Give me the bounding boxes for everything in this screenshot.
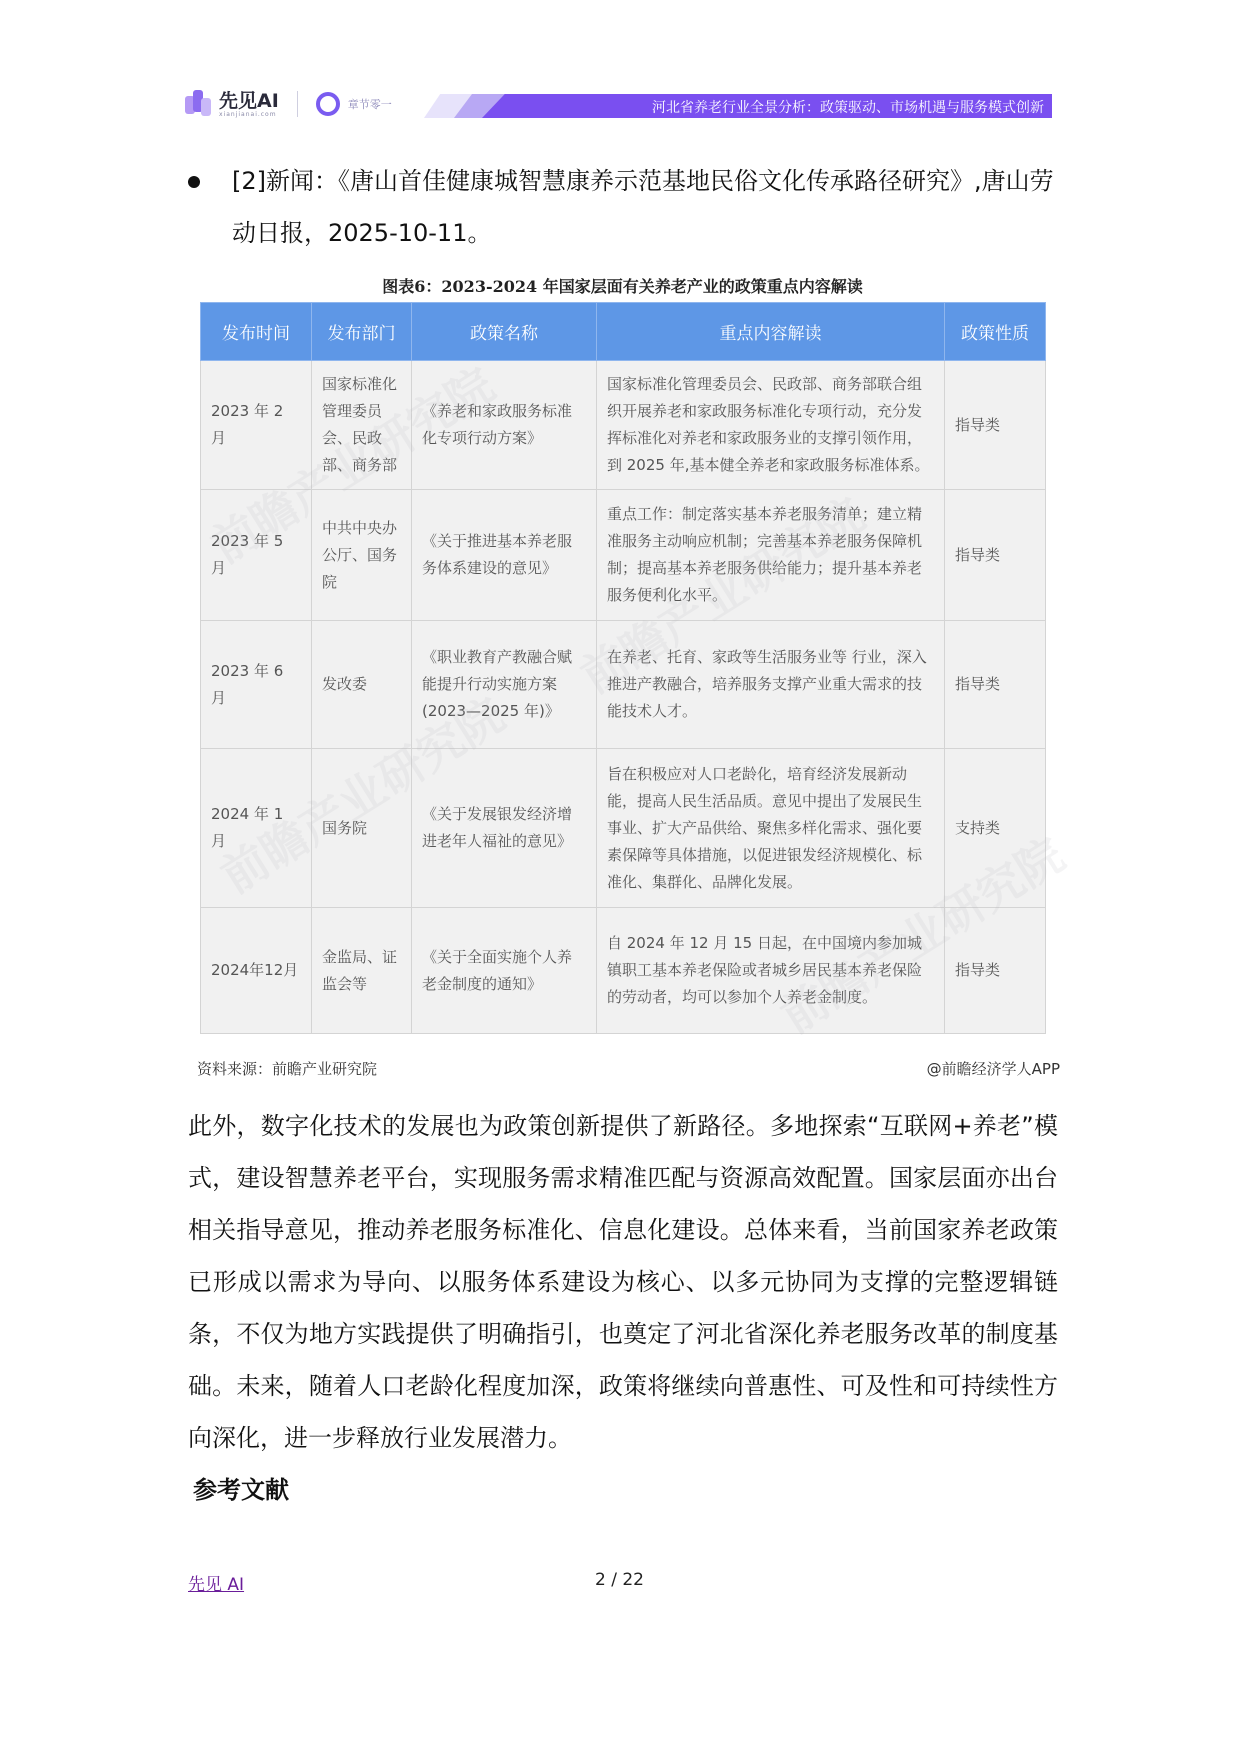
- figure-credit: @前瞻经济学人APP: [927, 1058, 1060, 1079]
- table-header-row: 发布时间 发布部门 政策名称 重点内容解读 政策性质: [201, 303, 1046, 361]
- cell-department: 发改委: [312, 621, 412, 749]
- cell-date: 2023 年 5 月: [201, 490, 312, 621]
- table-row: 2023 年 2 月 国家标准化管理委员会、民政部、商务部 《养老和家政服务标准…: [201, 361, 1046, 490]
- logo-text: 先见AI: [219, 90, 279, 112]
- xianjian-logo-icon: [185, 90, 211, 118]
- cell-policy: 《养老和家政服务标准化专项行动方案》: [412, 361, 597, 490]
- footer-brand-link[interactable]: 先见 AI: [188, 1570, 244, 1595]
- cell-type: 指导类: [945, 621, 1046, 749]
- cell-type: 支持类: [945, 749, 1046, 908]
- table-row: 2024 年 1 月 国务院 《关于发展银发经济增进老年人福祉的意见》 旨在积极…: [201, 749, 1046, 908]
- column-header: 政策名称: [412, 303, 597, 361]
- cell-policy: 《关于推进基本养老服务体系建设的意见》: [412, 490, 597, 621]
- report-title: 河北省养老行业全景分析：政策驱动、市场机遇与服务模式创新: [652, 97, 1044, 117]
- figure-title: 图表6：2023-2024 年国家层面有关养老产业的政策重点内容解读: [200, 274, 1045, 297]
- page-number: 2 / 22: [595, 1570, 644, 1590]
- cell-content: 在养老、托育、家政等生活服务业等 行业，深入推进产教融合，培养服务支撑产业重大需…: [597, 621, 945, 749]
- cell-department: 中共中央办公厅、国务院: [312, 490, 412, 621]
- cell-content: 国家标准化管理委员会、民政部、商务部联合组织开展养老和家政服务标准化专项行动，充…: [597, 361, 945, 490]
- policy-table: 发布时间 发布部门 政策名称 重点内容解读 政策性质 2023 年 2 月 国家…: [200, 302, 1046, 1034]
- cell-type: 指导类: [945, 361, 1046, 490]
- page-header: 先见AI xianjianai.com 章节零一 河北省养老行业全景分析：政策驱…: [0, 0, 1240, 140]
- figure-source: 资料来源：前瞻产业研究院: [197, 1058, 377, 1079]
- cell-date: 2024 年 1 月: [201, 749, 312, 908]
- logo-divider: [297, 91, 298, 117]
- cell-content: 自 2024 年 12 月 15 日起，在中国境内参加城镇职工基本养老保险或者城…: [597, 908, 945, 1034]
- bullet-icon: [188, 176, 200, 188]
- cell-policy: 《关于发展银发经济增进老年人福祉的意见》: [412, 749, 597, 908]
- cell-type: 指导类: [945, 908, 1046, 1034]
- reference-text: [2]新闻：《唐山首佳健康城智慧康养示范基地民俗文化传承路径研究》,唐山劳动日报…: [232, 155, 1058, 259]
- table-row: 2023 年 6 月 发改委 《职业教育产教融合赋能提升行动实施方案(2023—…: [201, 621, 1046, 749]
- body-paragraph: 此外，数字化技术的发展也为政策创新提供了新路径。多地探索“互联网+养老”模式，建…: [188, 1100, 1058, 1464]
- cell-department: 金监局、证监会等: [312, 908, 412, 1034]
- cell-policy: 《职业教育产教融合赋能提升行动实施方案(2023—2025 年)》: [412, 621, 597, 749]
- logo-subtext: xianjianai.com: [219, 111, 279, 118]
- column-header: 发布部门: [312, 303, 412, 361]
- partner-text: 章节零一: [348, 96, 392, 112]
- partner-logo-icon: [316, 92, 340, 116]
- references-heading: 参考文献: [193, 1470, 289, 1505]
- column-header: 重点内容解读: [597, 303, 945, 361]
- header-banner: 河北省养老行业全景分析：政策驱动、市场机遇与服务模式创新: [424, 94, 1052, 118]
- cell-department: 国务院: [312, 749, 412, 908]
- column-header: 发布时间: [201, 303, 312, 361]
- cell-policy: 《关于全面实施个人养老金制度的通知》: [412, 908, 597, 1034]
- brand-logo: 先见AI xianjianai.com 章节零一: [185, 90, 392, 118]
- cell-date: 2023 年 2 月: [201, 361, 312, 490]
- table-row: 2023 年 5 月 中共中央办公厅、国务院 《关于推进基本养老服务体系建设的意…: [201, 490, 1046, 621]
- cell-type: 指导类: [945, 490, 1046, 621]
- cell-department: 国家标准化管理委员会、民政部、商务部: [312, 361, 412, 490]
- cell-content: 旨在积极应对人口老龄化，培育经济发展新动能，提高人民生活品质。意见中提出了发展民…: [597, 749, 945, 908]
- cell-date: 2024年12月: [201, 908, 312, 1034]
- table-row: 2024年12月 金监局、证监会等 《关于全面实施个人养老金制度的通知》 自 2…: [201, 908, 1046, 1034]
- cell-date: 2023 年 6 月: [201, 621, 312, 749]
- column-header: 政策性质: [945, 303, 1046, 361]
- cell-content: 重点工作：制定落实基本养老服务清单；建立精准服务主动响应机制；完善基本养老服务保…: [597, 490, 945, 621]
- reference-list-item: [2]新闻：《唐山首佳健康城智慧康养示范基地民俗文化传承路径研究》,唐山劳动日报…: [188, 155, 1058, 259]
